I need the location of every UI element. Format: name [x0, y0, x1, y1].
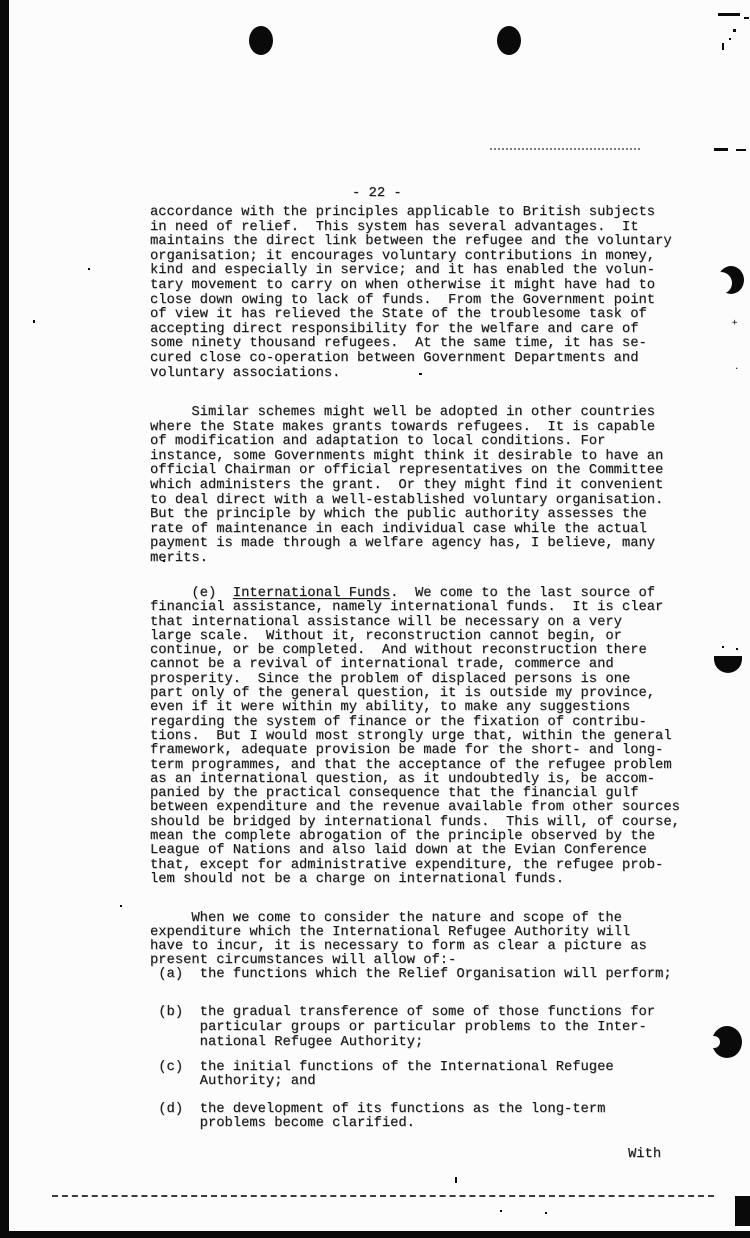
bottom-scan-edge — [0, 1231, 750, 1238]
noise-speck — [733, 29, 736, 32]
list-item-b: (b) the gradual transference of some of … — [150, 1006, 655, 1050]
paragraph-international-funds-body: financial assistance, namely internation… — [150, 600, 680, 887]
ink-blot-circle-cutout — [708, 1036, 720, 1048]
scan-noise-dash — [744, 17, 749, 19]
heading-international-funds: International Funds — [233, 586, 390, 601]
catchword: With — [628, 1148, 661, 1162]
paragraph-expenditure-scope: When we come to consider the nature and … — [150, 912, 647, 968]
noise-speck — [729, 38, 731, 40]
noise-speck — [33, 320, 35, 323]
noise-speck — [455, 1177, 457, 1183]
paragraph-relief-system: accordance with the principles applicabl… — [150, 206, 672, 381]
noise-plus-mark: . — [734, 362, 739, 372]
scan-noise-dash — [714, 148, 728, 151]
noise-speck — [88, 268, 90, 270]
hole-punch-right — [497, 26, 521, 55]
bottom-dashed-rule — [52, 1195, 714, 1197]
list-marker-e: (e) — [150, 586, 233, 601]
paragraph-international-funds: (e) International Funds. We come to the … — [150, 587, 680, 887]
faint-dotted-rule — [490, 148, 640, 150]
list-item-a: (a) the functions which the Relief Organ… — [150, 968, 672, 982]
list-item-c: (c) the initial functions of the Interna… — [150, 1061, 614, 1089]
noise-speck — [722, 646, 724, 648]
left-binding-edge — [0, 0, 9, 1238]
scanned-document-page: + . - 22 - accordance with the principle… — [0, 0, 750, 1238]
corner-ink-blob — [735, 1196, 750, 1226]
paragraph-similar-schemes: Similar schemes might well be adopted in… — [150, 406, 663, 567]
ink-blot-halfmoon — [714, 656, 742, 673]
noise-speck — [545, 1212, 547, 1214]
noise-speck — [500, 1210, 502, 1212]
paragraph-international-funds-lead: . We come to the last source of — [390, 586, 655, 601]
noise-speck — [722, 43, 724, 50]
hole-punch-left — [249, 26, 273, 55]
scan-noise-dash — [718, 13, 740, 16]
ink-blot-crescent-cutout — [710, 272, 732, 294]
page-number: - 22 - — [352, 187, 402, 201]
scan-noise-dash — [736, 149, 746, 151]
list-item-d: (d) the development of its functions as … — [150, 1103, 605, 1131]
noise-speck — [736, 648, 738, 650]
noise-plus-mark: + — [732, 318, 737, 328]
noise-speck — [120, 905, 122, 907]
